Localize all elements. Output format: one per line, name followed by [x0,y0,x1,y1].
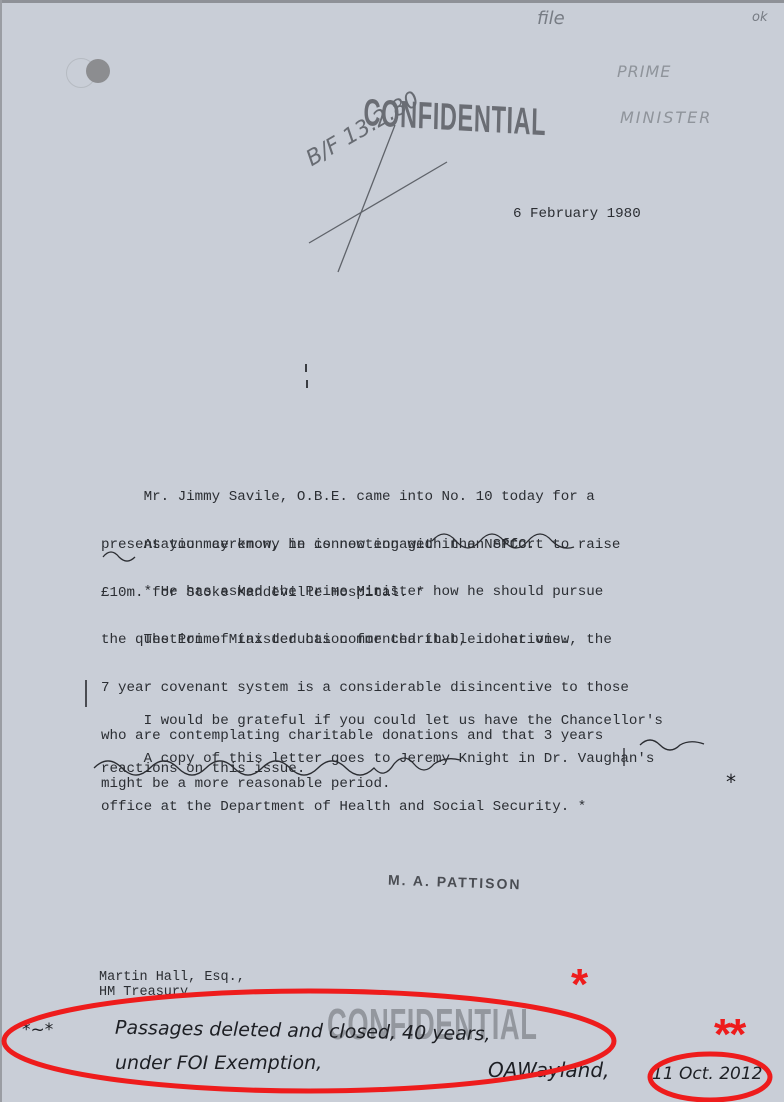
red-ellipse-date [650,1054,770,1100]
initials-strike-lines [309,125,447,272]
redaction-squiggles [94,534,704,775]
tick-mark [306,364,307,388]
annotation-overlay [0,0,784,1102]
red-ellipse-closure-note [4,991,614,1091]
